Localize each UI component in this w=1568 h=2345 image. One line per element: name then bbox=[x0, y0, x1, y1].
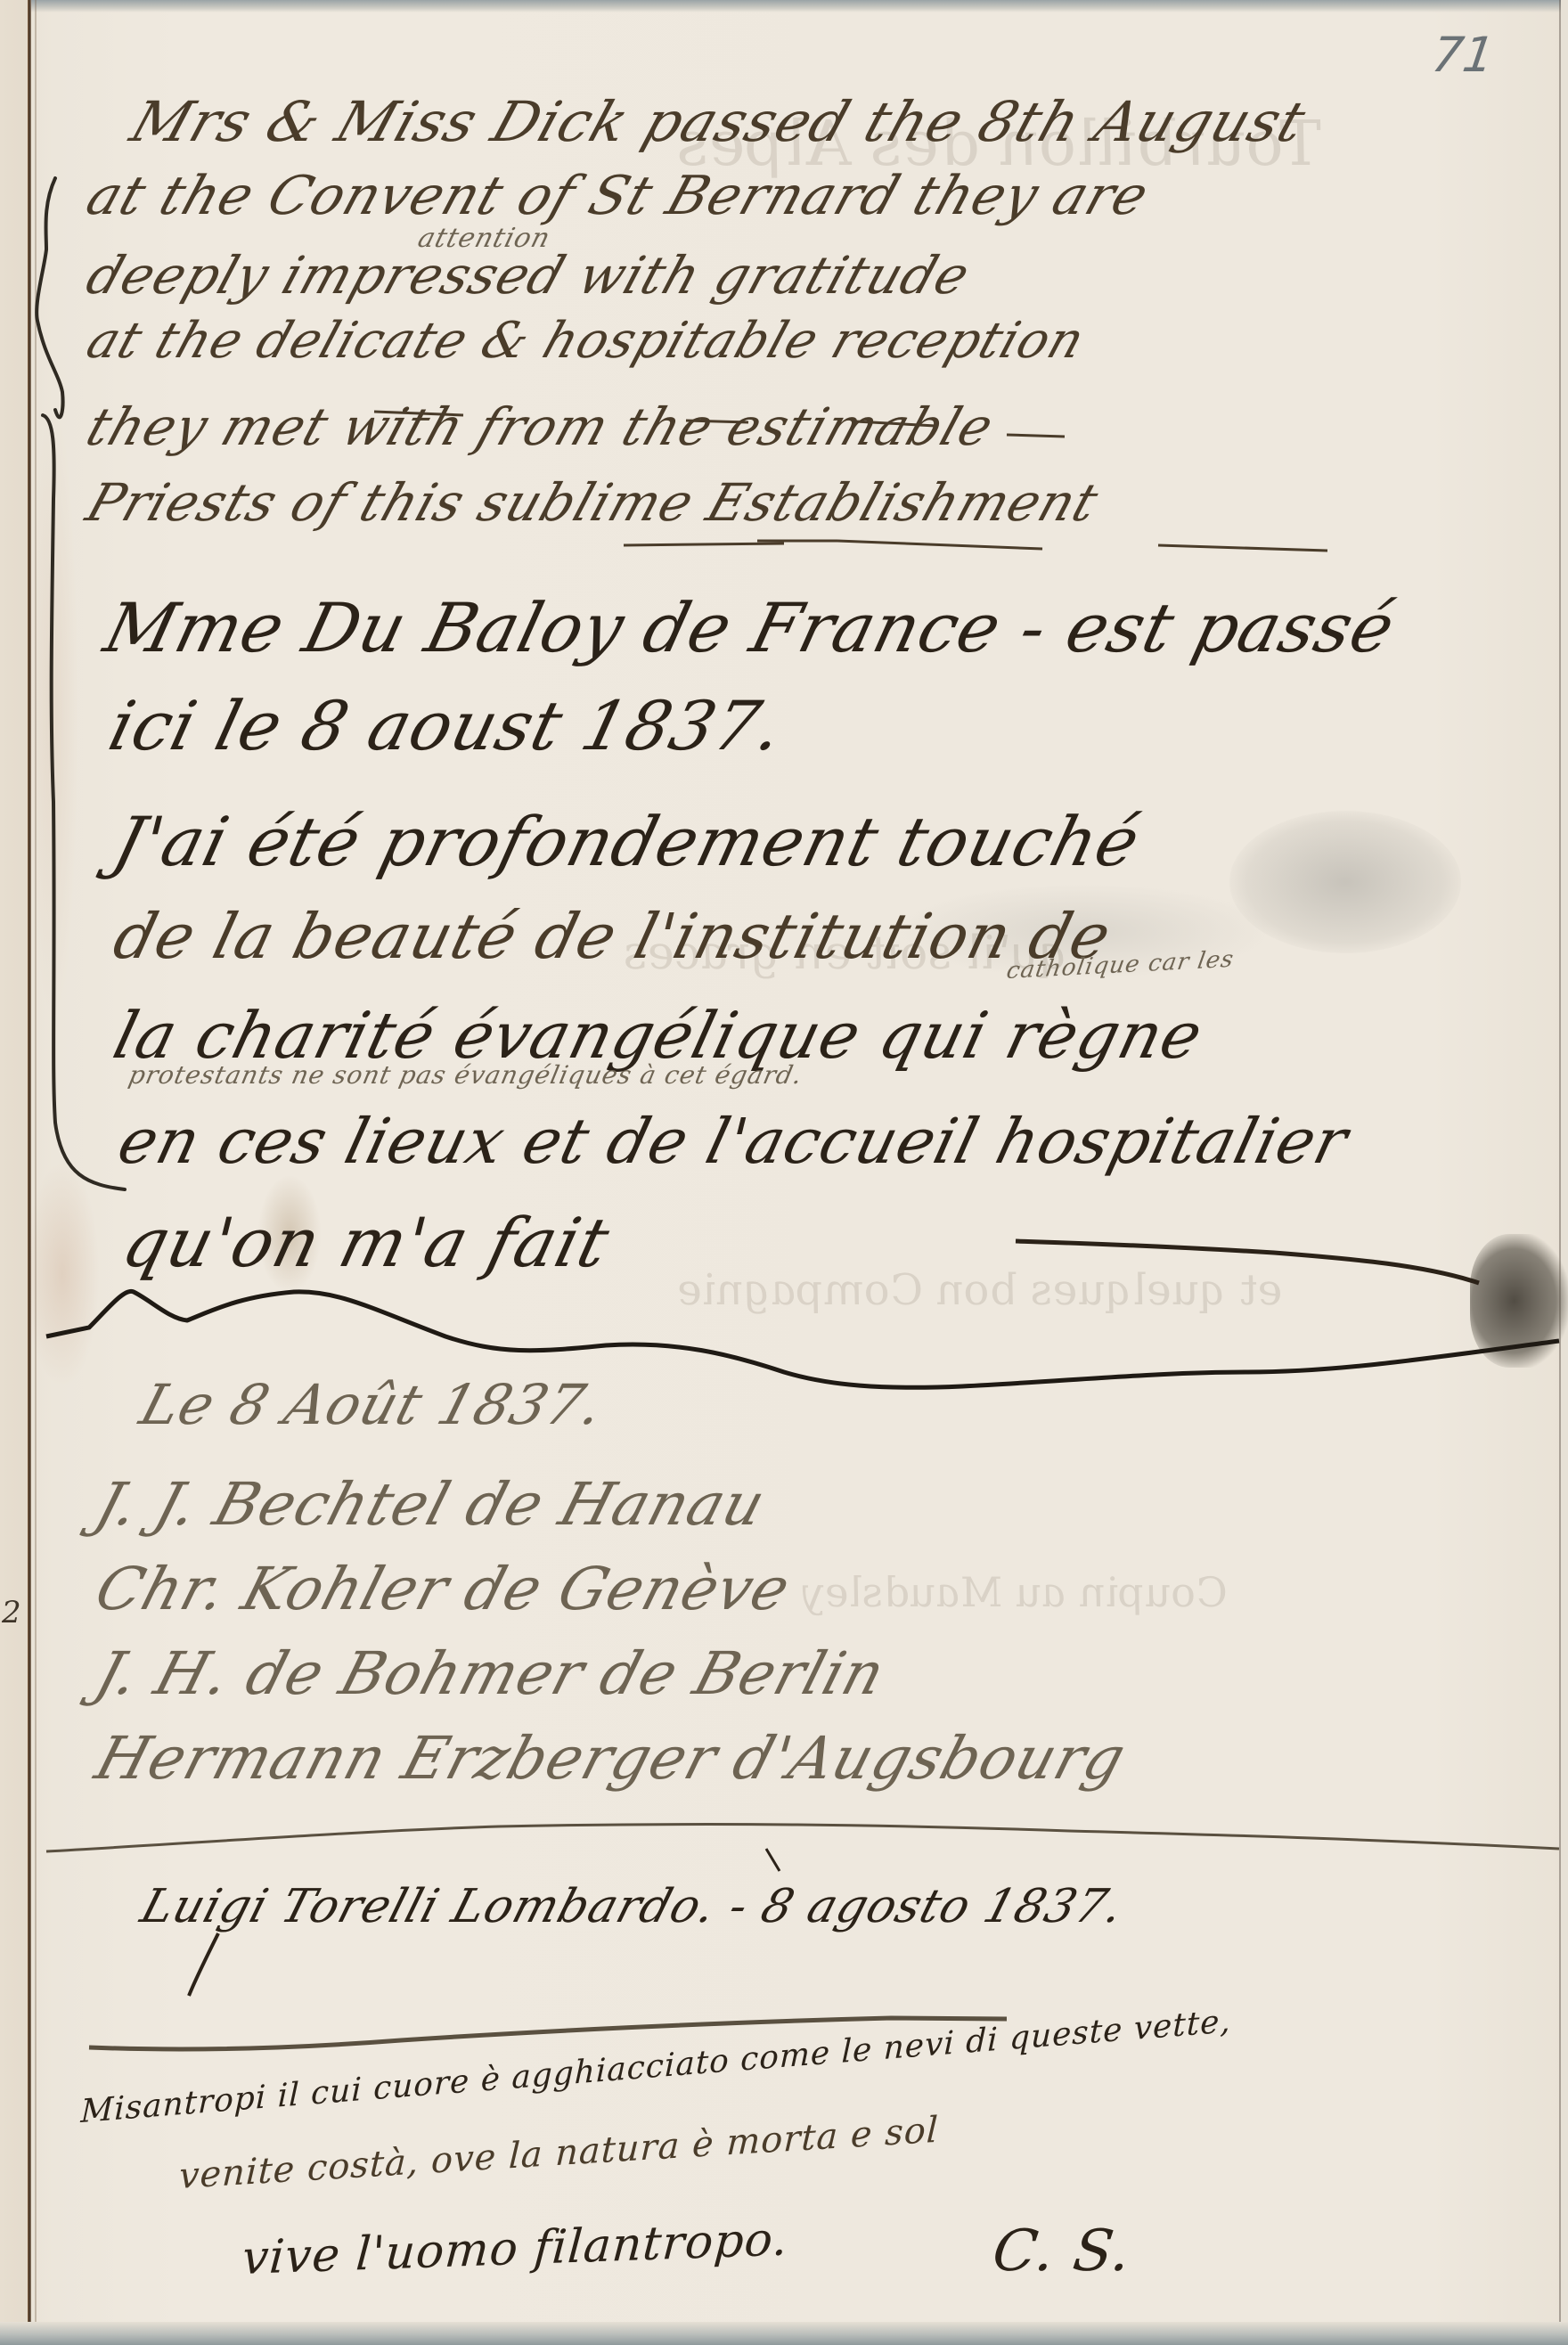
wavy-divider bbox=[46, 1291, 1559, 1387]
manuscript-page: Tourbillon des Alpes qu'il soit en grace… bbox=[0, 0, 1568, 2345]
left-brace bbox=[37, 178, 125, 1189]
tail-line bbox=[1016, 1241, 1479, 1283]
divider-torelli bbox=[89, 2018, 1007, 2049]
divider-group bbox=[46, 1825, 1559, 1851]
ink-strokes bbox=[0, 0, 1568, 2345]
